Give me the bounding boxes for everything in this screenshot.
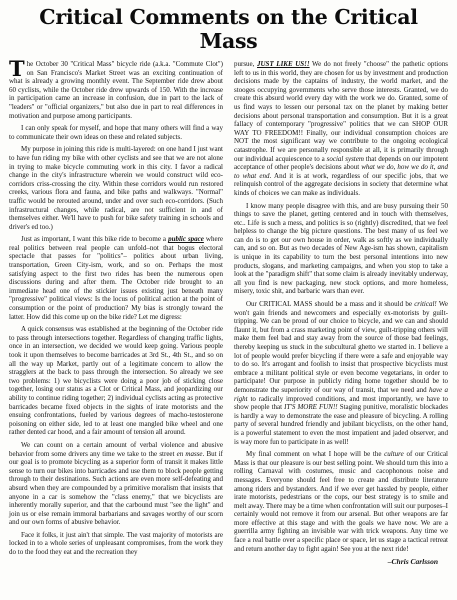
right-column: pursue, JUST LIKE US!! We do not freely … [234, 60, 448, 566]
paragraph-continued: pursue, JUST LIKE US!! We do not freely … [234, 60, 448, 198]
paragraph-intro: The October 30 "Critical Mass" bicycle r… [9, 60, 223, 120]
paragraph: Face it folks, it just ain't that simple… [9, 531, 223, 557]
document-page: Critical Comments on the Critical Mass T… [0, 0, 457, 600]
author-signature: –Chris Carlsson [234, 557, 438, 566]
paragraph: Our CRITICAL MASS should be a mass and i… [234, 300, 448, 446]
page-title: Critical Comments on the Critical Mass [9, 5, 448, 53]
paragraph: We can count on a certain amount of verb… [9, 441, 223, 527]
paragraph: A quick consensus was established at the… [9, 325, 223, 437]
paragraph: My purpose in joining this ride is multi… [9, 145, 223, 231]
drop-cap: T [9, 61, 25, 77]
paragraph: My final comment on what I hope will be … [234, 450, 448, 553]
article-columns: The October 30 "Critical Mass" bicycle r… [9, 60, 448, 566]
paragraph: I know many people disagree with this, a… [234, 202, 448, 297]
left-column: The October 30 "Critical Mass" bicycle r… [9, 60, 223, 566]
paragraph: I can only speak for myself, and hope th… [9, 124, 223, 141]
paragraph: Just as important, I want this bike ride… [9, 235, 223, 321]
